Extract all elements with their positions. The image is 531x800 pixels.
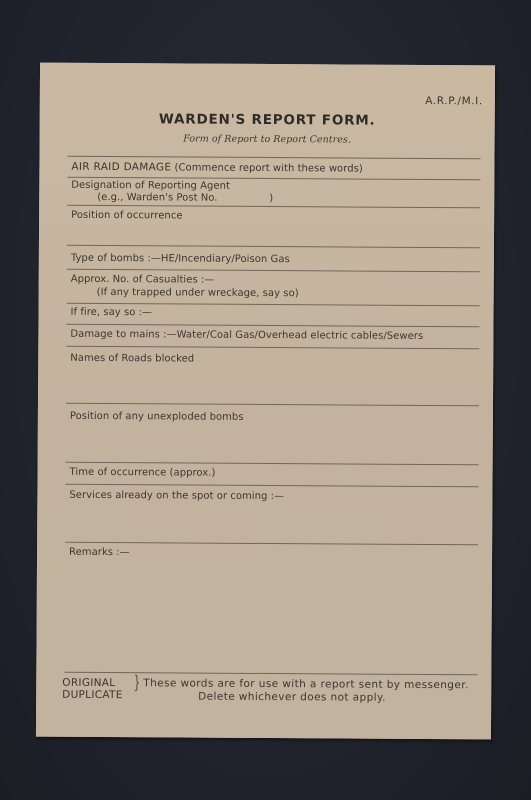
footer-option-original: ORIGINAL [62, 677, 115, 689]
divider [67, 205, 480, 209]
air-raid-damage-note: (Commence report with these words) [175, 162, 363, 174]
warden-report-form: A.R.P./M.I. WARDEN'S REPORT FORM. Form o… [36, 63, 495, 740]
footer-note-line-2: Delete whichever does not apply. [198, 691, 386, 704]
footer-option-duplicate: DUPLICATE [62, 689, 123, 701]
footer-note-line-1: These words are for use with a report se… [143, 677, 469, 691]
field-designation-close-paren: ) [269, 193, 273, 204]
field-damage-to-mains: Damage to mains :—Water/Coal Gas/Overhea… [70, 329, 423, 342]
field-casualties-label: Approx. No. of Casualties :— [71, 274, 215, 286]
form-title: WARDEN'S REPORT FORM. [40, 111, 495, 130]
field-roads-blocked: Names of Roads blocked [70, 353, 194, 365]
divider [65, 484, 478, 488]
brace-icon: } [134, 673, 141, 693]
field-unexploded-bombs: Position of any unexploded bombs [70, 411, 244, 423]
divider [66, 346, 479, 350]
divider [66, 324, 479, 328]
field-casualties-note: (If any trapped under wreckage, say so) [97, 287, 299, 299]
divider [67, 245, 480, 249]
divider [67, 303, 480, 307]
divider [66, 403, 479, 407]
field-time-of-occurrence: Time of occurrence (approx.) [70, 467, 216, 479]
form-subtitle: Form of Report to Report Centres. [40, 133, 495, 147]
field-designation-example: (e.g., Warden's Post No. [97, 192, 217, 204]
field-position-of-occurrence: Position of occurrence [71, 210, 183, 222]
field-type-of-bombs: Type of bombs :—HE/Incendiary/Poison Gas [71, 253, 290, 265]
field-if-fire: If fire, say so :— [71, 307, 153, 318]
divider [64, 672, 477, 676]
divider [66, 462, 479, 466]
field-air-raid-damage: AIR RAID DAMAGE (Commence report with th… [71, 161, 362, 175]
divider [65, 542, 478, 546]
field-remarks: Remarks :— [69, 547, 130, 558]
field-services: Services already on the spot or coming :… [69, 490, 284, 502]
field-designation-label: Designation of Reporting Agent [71, 180, 230, 192]
divider [67, 269, 480, 273]
divider [67, 156, 480, 160]
air-raid-damage-label: AIR RAID DAMAGE [71, 161, 171, 174]
form-reference-code: A.R.P./M.I. [425, 95, 483, 107]
